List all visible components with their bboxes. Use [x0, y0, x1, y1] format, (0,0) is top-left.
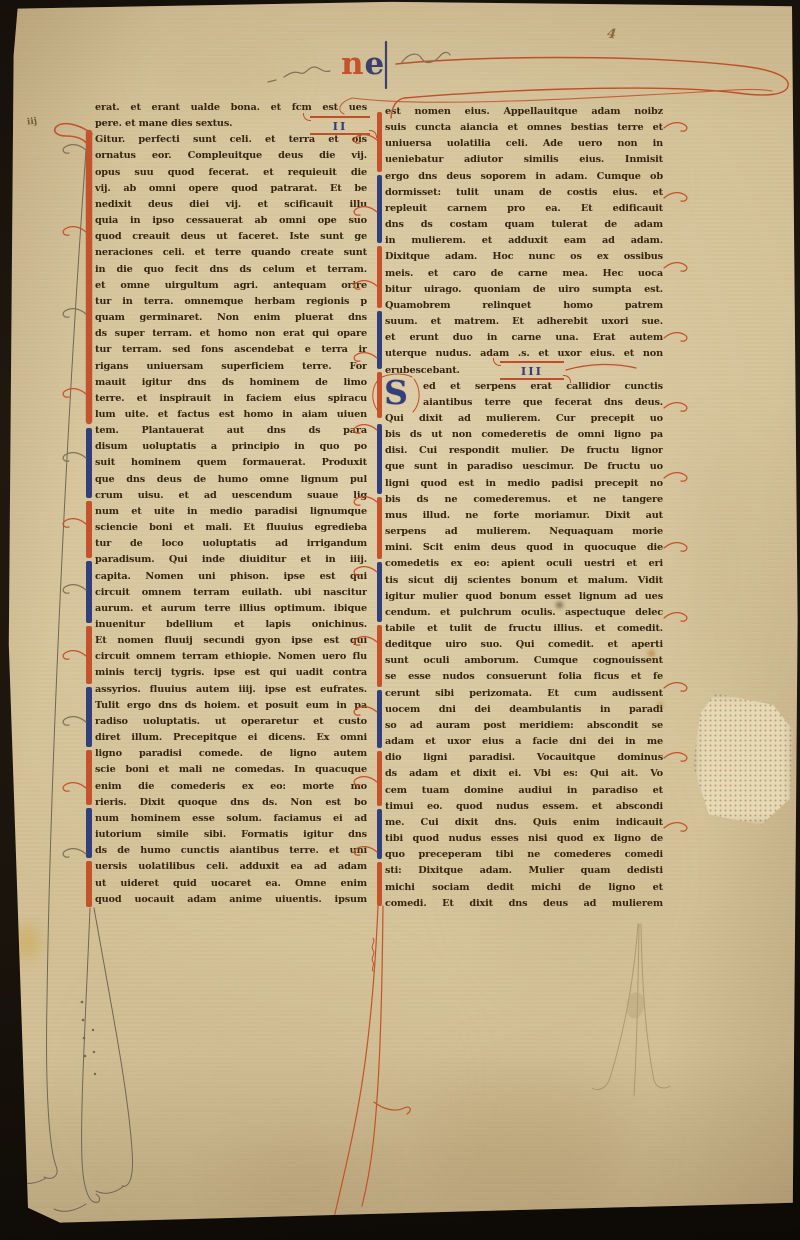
- title-flourish-lower: [352, 89, 772, 102]
- left-tail-line-3: [94, 908, 133, 1186]
- left-tail-foot-2: [54, 1204, 86, 1211]
- margin-curl-flourish: [63, 783, 86, 792]
- margin-curl-flourish: [63, 585, 86, 594]
- margin-curl-flourish: [63, 519, 86, 528]
- margin-curl-flourish: [664, 543, 687, 552]
- margin-curl-flourish: [664, 473, 687, 482]
- margin-curl-flourish: [354, 497, 377, 506]
- margin-curl-flourish: [63, 849, 86, 858]
- gutter-tail-line-2: [362, 906, 383, 1206]
- left-tail-foot-1: [20, 1178, 46, 1183]
- manuscript-photo: ne 4 iij erat. et erant ualde bona. et f…: [0, 0, 800, 1240]
- margin-curl-flourish: [354, 637, 377, 646]
- margin-curl-flourish: [63, 389, 86, 398]
- title-flourish-upper: [391, 58, 788, 119]
- margin-curl-flourish: [664, 333, 687, 342]
- flourish-overlay: [0, 0, 800, 1240]
- margin-curl-flourish: [664, 193, 687, 202]
- margin-curl-flourish: [354, 281, 377, 290]
- margin-curl-flourish: [354, 207, 377, 216]
- margin-curl-flourish: [664, 613, 687, 622]
- right-tail-blob: [626, 992, 644, 1018]
- gutter-tail-hook: [374, 1102, 410, 1114]
- margin-curl-flourish: [664, 823, 687, 832]
- gutter-tail-squiggle: [372, 938, 374, 971]
- margin-curl-flourish: [664, 753, 687, 762]
- parchment-leaf: ne 4 iij erat. et erant ualde bona. et f…: [0, 0, 800, 1240]
- margin-curl-flourish: [664, 263, 687, 272]
- left-tail-foot-3: [96, 1186, 124, 1193]
- title-flourish-left-tail: [340, 98, 352, 114]
- chapter-iii-flourish: [566, 364, 636, 370]
- gutter-tail-line-1: [334, 906, 378, 1218]
- initial-s-filigree: [373, 374, 419, 412]
- margin-curl-flourish: [354, 777, 377, 786]
- margin-curl-flourish: [354, 567, 377, 576]
- margin-curl-flourish: [354, 353, 377, 362]
- margin-curl-flourish: [664, 683, 687, 692]
- right-tail-line-2: [641, 924, 670, 1088]
- margin-curl-flourish: [354, 707, 377, 716]
- title-squiggle-left: [268, 67, 330, 82]
- margin-curl-flourish: [354, 847, 377, 856]
- margin-curl-flourish: [63, 145, 86, 154]
- margin-curl-flourish: [664, 403, 687, 412]
- margin-curl-flourish: [354, 425, 377, 434]
- margin-curl-flourish: [63, 227, 86, 236]
- left-tail-line-1: [44, 150, 86, 1178]
- margin-curl-flourish: [664, 123, 687, 132]
- initial-i-top-curl: [55, 124, 92, 145]
- margin-curl-flourish: [63, 651, 86, 660]
- margin-curl-flourish: [354, 135, 377, 144]
- margin-curl-flourish: [63, 717, 86, 726]
